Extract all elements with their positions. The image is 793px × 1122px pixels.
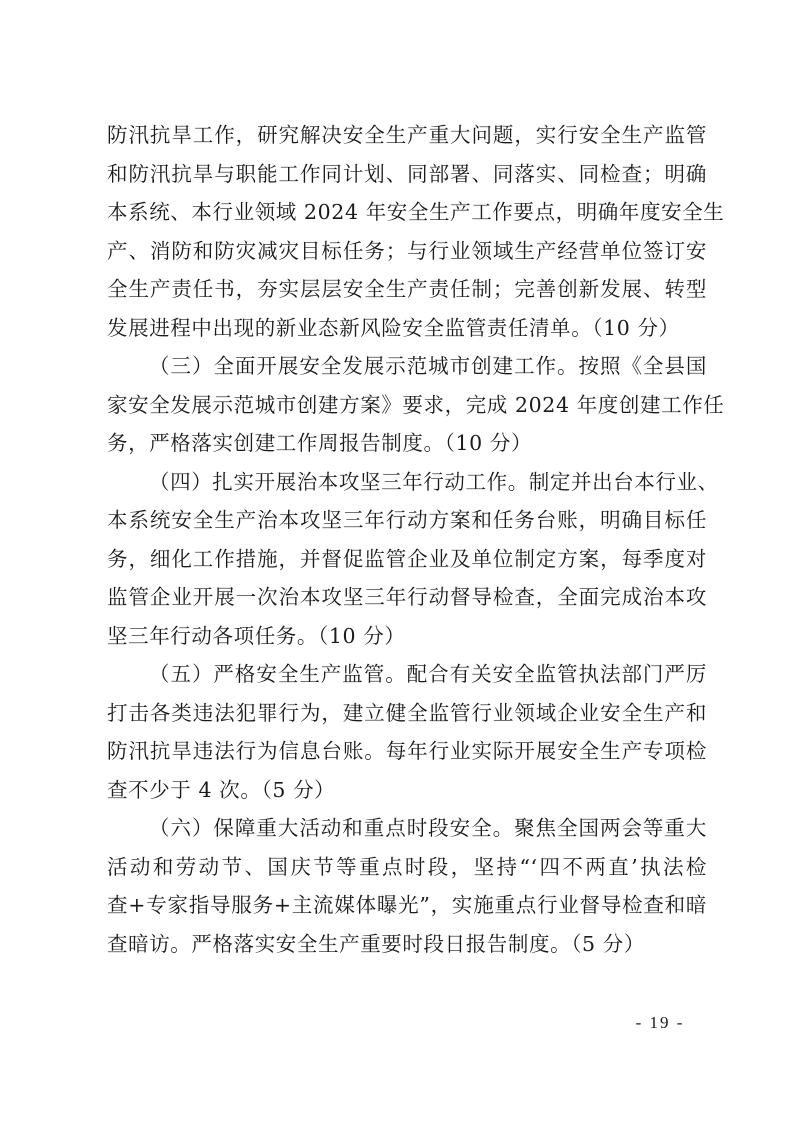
document-page: 防汛抗旱工作，研究解决安全生产重大问题，实行安全生产监管 和防汛抗旱与职能工作同… <box>0 0 793 1122</box>
section-heading-line: （三）全面开展安全发展示范城市创建工作。按照《全县国 <box>107 347 707 386</box>
section-heading-line: （四）扎实开展治本攻坚三年行动工作。制定并出台本行业、 <box>107 463 707 502</box>
text-line: 坚三年行动各项任务。（10 分） <box>107 617 707 656</box>
text-line: 查+专家指导服务+主流媒体曝光”，实施重点行业督导检查和暗 <box>107 886 707 925</box>
text-line: 务，细化工作措施，并督促监管企业及单位制定方案，每季度对 <box>107 540 707 579</box>
text-line: 查不少于 4 次。（5 分） <box>107 771 707 810</box>
text-line: 全生产责任书，夯实层层安全生产责任制；完善创新发展、转型 <box>107 270 707 309</box>
section-heading-line: （五）严格安全生产监管。配合有关安全监管执法部门严厉 <box>107 655 707 694</box>
text-line: 防汛抗旱工作，研究解决安全生产重大问题，实行安全生产监管 <box>107 116 707 155</box>
text-line: 打击各类违法犯罪行为，建立健全监管行业领域企业安全生产和 <box>107 694 707 733</box>
section-heading-line: （六）保障重大活动和重点时段安全。聚焦全国两会等重大 <box>107 809 707 848</box>
text-line: 监管企业开展一次治本攻坚三年行动督导检查，全面完成治本攻 <box>107 578 707 617</box>
text-line: 发展进程中出现的新业态新风险安全监管责任清单。（10 分） <box>107 309 707 348</box>
text-line: 产、消防和防灾减灾目标任务；与行业领域生产经营单位签订安 <box>107 232 707 271</box>
text-line: 和防汛抗旱与职能工作同计划、同部署、同落实、同检查；明确 <box>107 155 707 194</box>
text-line: 防汛抗旱违法行为信息台账。每年行业实际开展安全生产专项检 <box>107 732 707 771</box>
text-line: 务，严格落实创建工作周报告制度。（10 分） <box>107 424 707 463</box>
text-line: 活动和劳动节、国庆节等重点时段，坚持“‘四不两直’执法检 <box>107 848 707 887</box>
text-line: 查暗访。严格落实安全生产重要时段日报告制度。（5 分） <box>107 925 707 964</box>
document-body: 防汛抗旱工作，研究解决安全生产重大问题，实行安全生产监管 和防汛抗旱与职能工作同… <box>107 116 707 963</box>
text-line: 本系统、本行业领域 2024 年安全生产工作要点，明确年度安全生 <box>107 193 707 232</box>
text-line: 本系统安全生产治本攻坚三年行动方案和任务台账，明确目标任 <box>107 501 707 540</box>
page-number: - 19 - <box>620 1013 700 1033</box>
text-line: 家安全发展示范城市创建方案》要求，完成 2024 年度创建工作任 <box>107 386 707 425</box>
